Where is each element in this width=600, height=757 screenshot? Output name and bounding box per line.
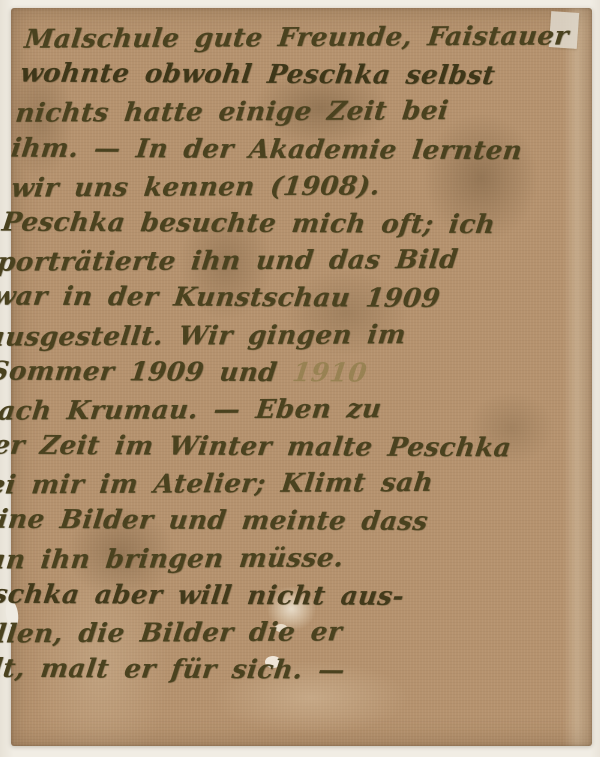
handwritten-line: wir uns kennen (1908). (4, 167, 566, 208)
scanner-background: Malschule gute Freunde, Faistauer wohnte… (0, 0, 600, 757)
line-text: stellen, die Bilder die er (0, 617, 344, 649)
handwritten-line: man ihn bringen müsse. (0, 539, 520, 580)
handwritten-line: Peschka aber will nicht aus- (0, 576, 515, 616)
letter-page: Malschule gute Freunde, Faistauer wohnte… (11, 8, 592, 746)
handwritten-line: malt, malt er für sich. — (0, 651, 506, 691)
line-text: wir uns kennen (1908). (10, 171, 382, 203)
line-text: der Zeit im Winter malte Peschka (0, 431, 513, 464)
line-text: malt, malt er für sich. — (0, 654, 347, 686)
line-text: Sommer 1909 und (0, 356, 294, 388)
line-text: war in der Kunstschau 1909 (0, 282, 442, 314)
handwritten-line: Malschule gute Freunde, Faistauer (22, 18, 584, 59)
handwritten-line: ihm. — In der Akademie lernten (9, 130, 570, 170)
handwritten-line: nichts hatte einige Zeit bei (13, 93, 575, 134)
line-text: Peschka aber will nicht aus- (0, 579, 406, 611)
line-text: ihm. — In der Akademie lernten (9, 133, 524, 166)
handwritten-line: ausgestellt. Wir gingen im (0, 316, 548, 357)
line-text: nichts hatte einige Zeit bei (14, 96, 450, 129)
handwritten-text-block: Malschule gute Freunde, Faistauer wohnte… (0, 20, 584, 689)
handwritten-line: stellen, die Bilder die er (0, 613, 511, 654)
handwritten-line: seine Bilder und meinte dass (0, 502, 525, 542)
line-text: wohnte obwohl Peschka selbst (18, 59, 496, 91)
line-text: Peschka besuchte mich oft; ich (0, 207, 497, 240)
line-text: porträtierte ihn und das Bild (0, 245, 460, 278)
line-text: nach Krumau. — Eben zu (0, 394, 383, 426)
line-text: Malschule gute Freunde, Faistauer (23, 21, 571, 54)
line-text: bei mir im Atelier; Klimt sah (0, 468, 435, 501)
line-text: man ihn bringen müsse. (0, 543, 345, 575)
handwritten-line: nach Krumau. — Eben zu (0, 390, 538, 431)
handwritten-line: wohnte obwohl Peschka selbst (18, 56, 579, 96)
handwritten-line: Peschka besuchte mich oft; ich (0, 204, 561, 244)
line-text: ausgestellt. Wir gingen im (0, 320, 408, 353)
handwritten-line: der Zeit im Winter malte Peschka (0, 428, 534, 468)
handwritten-line: bei mir im Atelier; Klimt sah (0, 465, 529, 506)
handwritten-line: Sommer 1909 und 1910 (0, 353, 543, 393)
line-text: seine Bilder und meinte dass (0, 505, 430, 537)
faded-ink-text: 1910 (291, 358, 369, 388)
handwritten-line: porträtierte ihn und das Bild (0, 241, 557, 282)
handwritten-line: war in der Kunstschau 1909 (0, 279, 552, 319)
